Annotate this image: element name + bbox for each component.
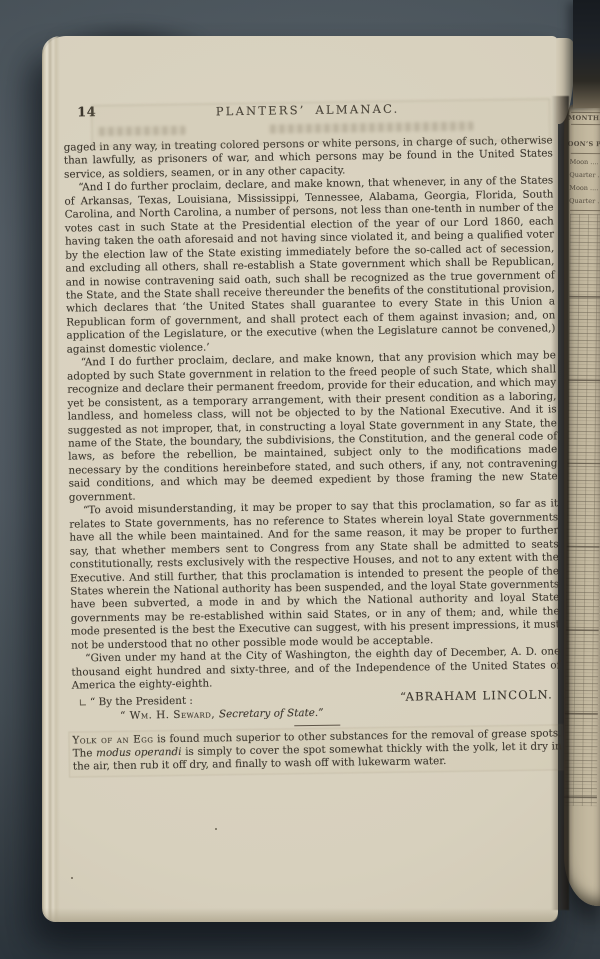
table-rule — [571, 123, 600, 124]
paragraph: “Given under my hand at the City of Wash… — [71, 646, 561, 694]
page-left-edge — [42, 36, 60, 922]
adjacent-header-fragment: MONTH. — [568, 115, 600, 122]
president-signature: “ABRAHAM LINCOLN. — [400, 687, 553, 703]
adjacent-page-table: MONTH. OON’S PH Moon .... Quarter .. Moo… — [564, 104, 600, 906]
table-rule — [570, 210, 600, 211]
moon-phase-row: Moon .... — [569, 182, 600, 195]
showthrough-area — [63, 118, 552, 141]
scanned-book-photo: MONTH. OON’S PH Moon .... Quarter .. Moo… — [0, 0, 600, 959]
gutter-top-shadow — [573, 0, 600, 108]
table-rule — [571, 153, 600, 154]
print-artifact-mark — [80, 699, 86, 705]
paper-speck — [71, 877, 73, 879]
section-divider-rule — [294, 724, 340, 726]
dense-table-texture — [564, 214, 600, 806]
paragraph: “And I do further proclaim, declare, and… — [67, 350, 558, 505]
printed-text-block: 14 PLANTERS’ ALMANAC. gaged in any way, … — [63, 96, 562, 774]
moon-phase-row: Moon .... — [570, 156, 600, 169]
book-page: 14 PLANTERS’ ALMANAC. gaged in any way, … — [42, 36, 558, 922]
adjacent-header-fragment: OON’S PH — [568, 140, 600, 147]
page-bottom-edge — [42, 908, 558, 922]
household-note: Yolk of an Egg is found much superior to… — [72, 727, 562, 775]
paragraph: “To avoid misunderstanding, it may be pr… — [69, 498, 560, 653]
paragraph: “And I do further proclaim, declare, and… — [64, 175, 556, 357]
by-the-president: “ By the President : — [80, 694, 193, 708]
adjacent-page-sliver: MONTH. OON’S PH Moon .... Quarter .. Moo… — [564, 104, 600, 906]
by-the-president-label: “ By the President : — [90, 694, 193, 708]
showthrough-text-smudge — [97, 126, 185, 136]
note-latin-phrase: modus operandi — [96, 746, 182, 759]
secretary-title: Secretary of State.” — [219, 706, 324, 720]
moon-phase-row: Quarter .. — [569, 169, 600, 182]
note-lead: Yolk of an Egg — [72, 733, 153, 746]
household-note-text: Yolk of an Egg is found much superior to… — [72, 727, 562, 775]
secretary-name: “ Wm. H. Seward, — [120, 708, 219, 721]
paper-speck — [215, 828, 217, 830]
moon-phase-row: Quarter ... — [569, 195, 600, 208]
